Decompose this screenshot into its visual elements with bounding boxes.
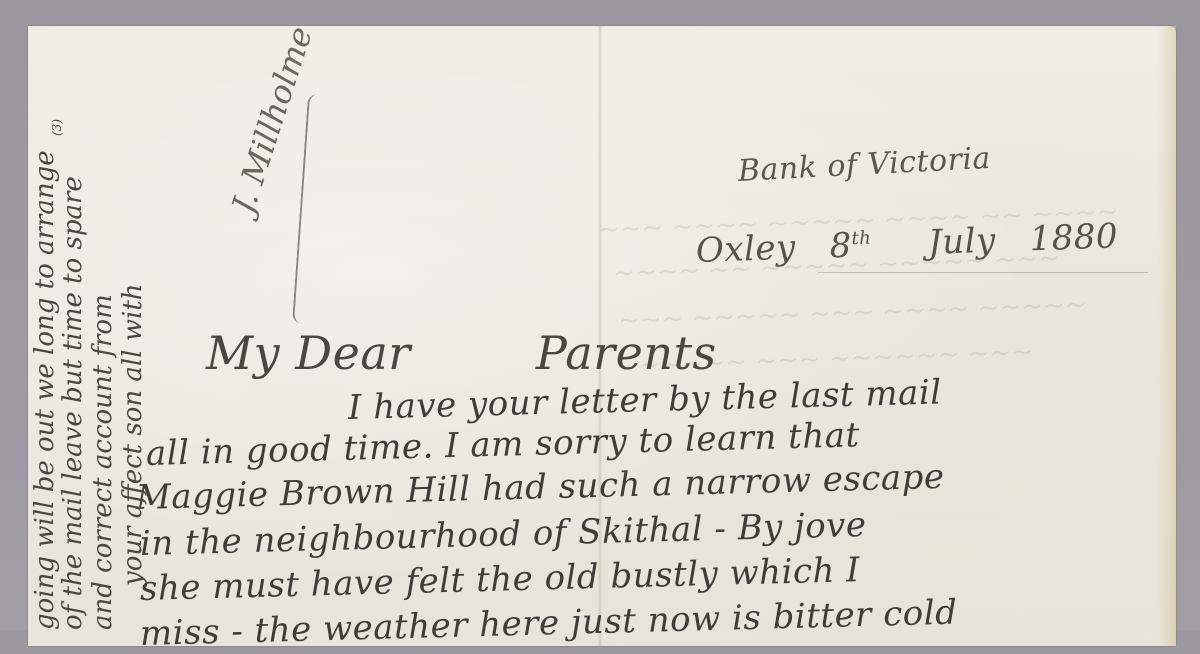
margin-note: of the mail leave but time to spare [58,176,88,630]
signature-flourish [292,94,326,325]
salutation-dear: My Dear [206,326,411,380]
letter-paper: ~~~ ~~~~ ~~~~~ ~~~~ ~~ ~~~~ ~~~~ ~~ ~~~~… [28,26,1176,630]
margin-note: and correct account from [88,294,118,630]
letterhead: Bank of Victoria [737,141,992,189]
margin-note: your affect son all with [118,283,148,586]
dateline-rule [818,272,1148,273]
date-day: 8 [829,226,853,267]
margin-note: going will be out we long to arrange [30,150,60,630]
date-day-suffix: th [851,228,872,250]
margin-page-mark: (3) [50,119,64,136]
date-month: July [927,221,996,263]
salutation-name: Parents [536,326,717,380]
date-place: Oxley [695,228,796,271]
salutation: My Dear Parents [206,326,717,380]
date-year: 1880 [1029,216,1119,259]
